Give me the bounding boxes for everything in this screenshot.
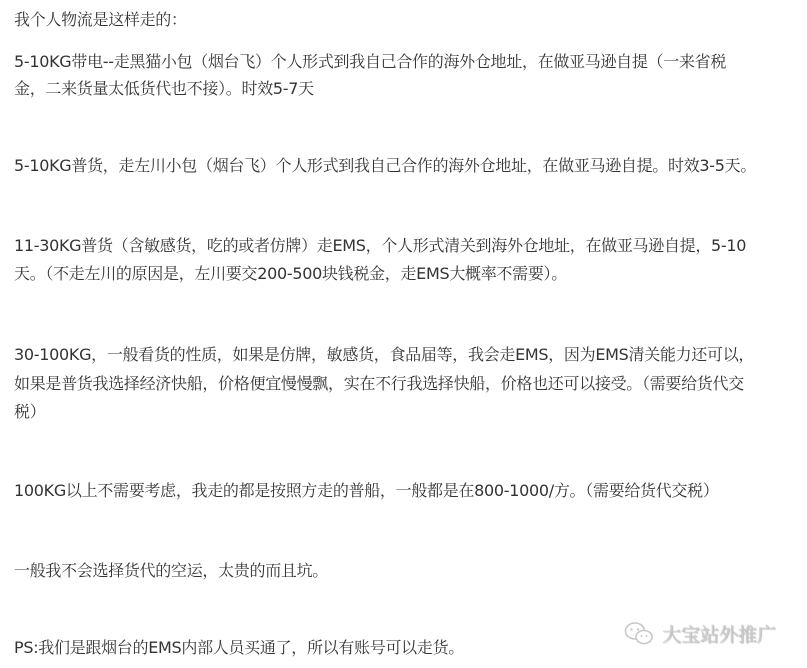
intro-text: 我个人物流是这样走的： xyxy=(14,10,187,30)
paragraph-7-line-1: PS:我们是跟烟台的EMS内部人员买通了，所以有账号可以走货。 xyxy=(14,638,464,658)
paragraph-1-line-2: 金，二来货量太低货代也不接）。时效5-7天 xyxy=(14,79,314,99)
paragraph-3-line-2: 天。（不走左川的原因是，左川要交200-500块钱税金，走EMS大概率不需要）。 xyxy=(14,264,567,284)
paragraph-1-line-1: 5-10KG带电--走黑猫小包（烟台飞）个人形式到我自己合作的海外仓地址，在做亚… xyxy=(14,52,726,72)
paragraph-5-line-1: 100KG以上不需要考虑，我走的都是按照方走的普船，一般都是在800-1000/… xyxy=(14,481,719,501)
watermark-label: 大宝站外推广 xyxy=(662,620,776,647)
paragraph-3-line-1: 11-30KG普货（含敏感货，吃的或者仿牌）走EMS，个人形式清关到海外仓地址，… xyxy=(14,236,746,256)
paragraph-2-line-1: 5-10KG普货，走左川小包（烟台飞）个人形式到我自己合作的海外仓地址，在做亚马… xyxy=(14,156,756,176)
wechat-icon xyxy=(624,621,654,647)
paragraph-6-line-1: 一般我不会选择货代的空运，太贵的而且坑。 xyxy=(14,561,328,581)
paragraph-4-line-3: 税） xyxy=(14,402,45,422)
paragraph-4-line-1: 30-100KG，一般看货的性质，如果是仿牌，敏感货，食品届等，我会走EMS，因… xyxy=(14,345,754,365)
watermark: 大宝站外推广 xyxy=(624,620,776,647)
paragraph-4-line-2: 如果是普货我选择经济快船，价格便宜慢慢飘，实在不行我选择快船，价格也还可以接受。… xyxy=(14,374,744,394)
